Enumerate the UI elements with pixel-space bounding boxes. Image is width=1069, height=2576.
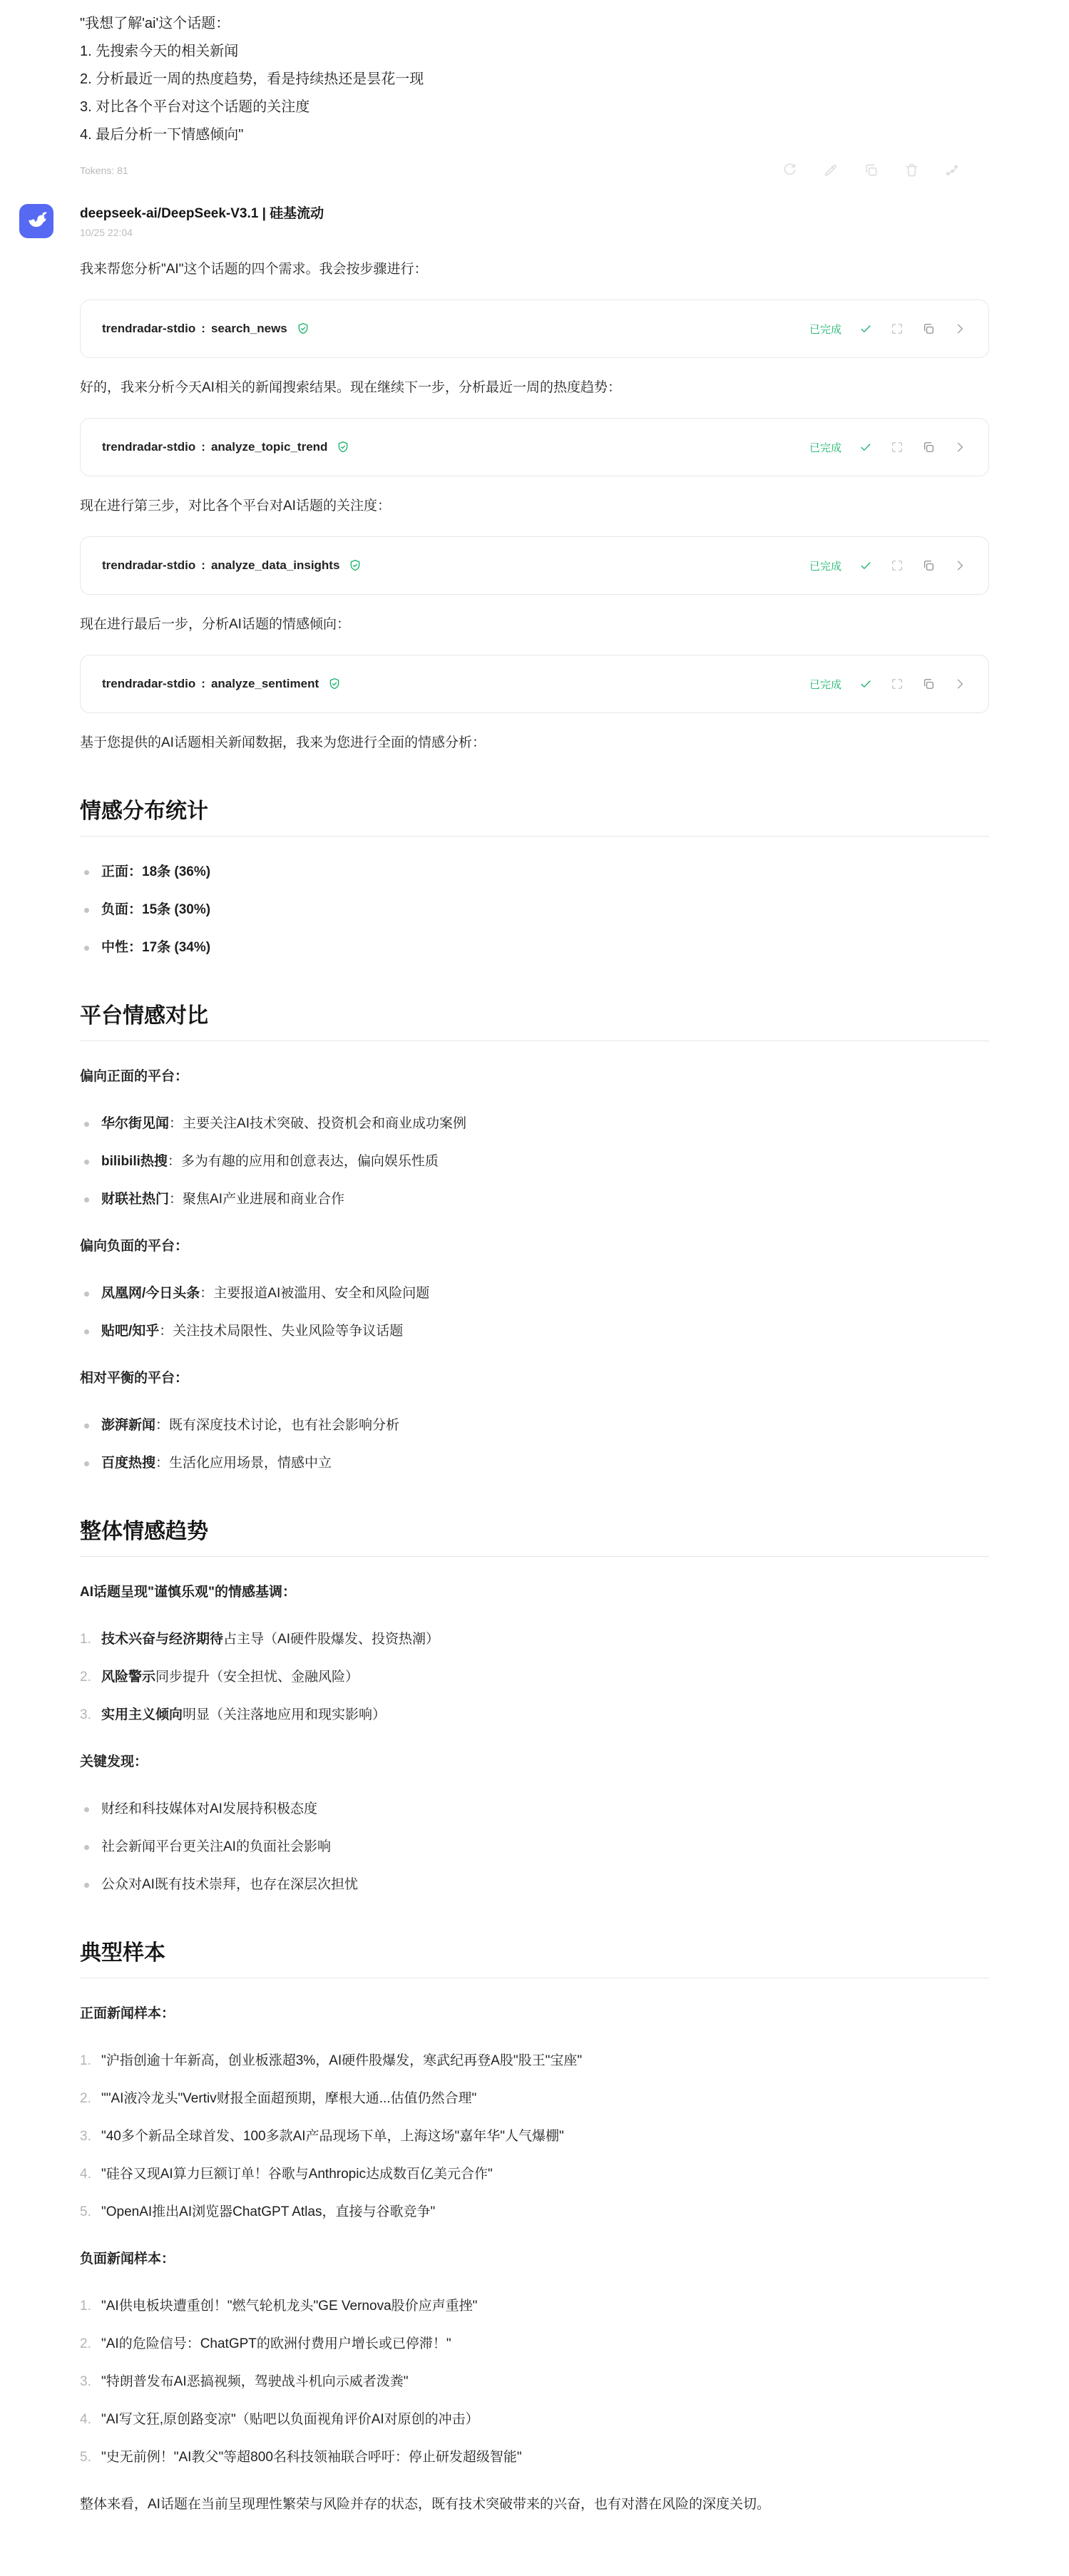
list-item: 负面：15条 (30%) [101, 899, 989, 921]
positive-samples-list: "沪指创逾十年新高，创业板涨超3%，AI硬件股爆发，寒武纪再登A股"股王"宝座"… [80, 2050, 989, 2224]
assistant-message-header: deepseek-ai/DeepSeek-V3.1 | 硅基流动 10/25 2… [80, 203, 989, 240]
copy-result-button[interactable] [921, 440, 936, 454]
list-item: "沪指创逾十年新高，创业板涨超3%，AI硬件股爆发，寒武纪再登A股"股王"宝座" [101, 2050, 989, 2072]
list-item: 财联社热门：聚焦AI产业进展和商业合作 [101, 1188, 989, 1211]
list-item: 技术兴奋与经济期待占主导（AI硬件股爆发、投资热潮） [101, 1628, 989, 1651]
platform-desc: ：主要关注AI技术突破、投资机会和商业成功案例 [169, 1116, 466, 1131]
negative-samples-list: "AI供电板块遭重创！"燃气轮机龙头"GE Vernova股价应声重挫" "AI… [80, 2295, 989, 2469]
list-item: "OpenAI推出AI浏览器ChatGPT Atlas，直接与谷歌竞争" [101, 2201, 989, 2224]
tool-call-title: trendradar-stdio : analyze_topic_trend [102, 440, 350, 454]
platform-name: 贴吧/知乎 [101, 1324, 159, 1339]
tool-call-card-analyze-sentiment[interactable]: trendradar-stdio : analyze_sentiment 已完成 [80, 655, 989, 713]
sentiment-stats-list: 正面：18条 (36%) 负面：15条 (30%) 中性：17条 (34%) [80, 861, 989, 959]
list-item: 澎湃新闻：既有深度技术讨论，也有社会影响分析 [101, 1414, 989, 1437]
shield-check-icon [327, 677, 342, 691]
section-heading-platform-compare: 平台情感对比 [80, 998, 989, 1041]
branch-icon [944, 162, 961, 178]
mcp-server-name: trendradar-stdio [102, 440, 195, 454]
group-label-positive-platforms: 偏向正面的平台： [80, 1065, 989, 1088]
list-item: 中性：17条 (34%) [101, 936, 989, 959]
trend-points-list: 技术兴奋与经济期待占主导（AI硬件股爆发、投资热潮） 风险警示同步提升（安全担忧… [80, 1628, 989, 1727]
tool-name-separator: : [201, 440, 205, 454]
tool-name: analyze_sentiment [211, 677, 319, 691]
tool-call-actions: 已完成 [809, 322, 967, 337]
platform-desc: ：关注技术局限性、失业风险等争议话题 [159, 1324, 403, 1339]
expand-icon [890, 322, 904, 336]
platform-name: 澎湃新闻 [101, 1418, 155, 1433]
edit-icon [822, 162, 839, 178]
list-item: 百度热搜：生活化应用场景，情感中立 [101, 1452, 989, 1475]
tool-name: search_news [211, 322, 287, 336]
tool-call-title: trendradar-stdio : analyze_sentiment [102, 677, 342, 691]
tool-name: analyze_data_insights [211, 558, 339, 573]
user-message-line: 1. 先搜索今天的相关新闻 [80, 38, 989, 66]
trend-point-rest: 明显（关注落地应用和现实影响） [183, 1707, 386, 1722]
negative-platforms-list: 凤凰网/今日头条：主要报道AI被滥用、安全和风险问题 贴吧/知乎：关注技术局限性… [80, 1282, 989, 1343]
positive-samples-label: 正面新闻样本： [80, 2003, 989, 2025]
check-icon [859, 440, 873, 454]
group-label-negative-platforms: 偏向负面的平台： [80, 1235, 989, 1258]
model-name: deepseek-ai/DeepSeek-V3.1 | 硅基流动 [80, 203, 989, 222]
trend-point-bold: 技术兴奋与经济期待 [101, 1632, 223, 1647]
list-item: 正面：18条 (36%) [101, 861, 989, 884]
chevron-right-icon [953, 322, 967, 336]
platform-name: 百度热搜 [101, 1456, 155, 1471]
list-item: 财经和科技媒体对AI发展持积极态度 [101, 1798, 989, 1821]
refresh-icon [782, 162, 798, 178]
tool-name-separator: : [201, 322, 205, 336]
closing-paragraph: 整体来看，AI话题在当前呈现理性繁荣与风险并存的状态，既有技术突破带来的兴奋，也… [80, 2493, 989, 2516]
positive-platforms-list: 华尔街见闻：主要关注AI技术突破、投资机会和商业成功案例 bilibili热搜：… [80, 1113, 989, 1211]
tool-name: analyze_topic_trend [211, 440, 327, 454]
trend-point-bold: 实用主义倾向 [101, 1707, 183, 1722]
expand-button[interactable] [890, 558, 904, 573]
tool-name-separator: : [201, 677, 205, 691]
list-item: "特朗普发布AI恶搞视频，驾驶战斗机向示威者泼粪" [101, 2371, 989, 2393]
list-item: 风险警示同步提升（安全担忧、金融风险） [101, 1666, 989, 1689]
platform-desc: ：生活化应用场景，情感中立 [155, 1456, 332, 1471]
expand-icon [890, 558, 904, 573]
copy-icon [921, 558, 936, 573]
group-label-balanced-platforms: 相对平衡的平台： [80, 1367, 989, 1390]
assistant-paragraph: 基于您提供的AI话题相关新闻数据，我来为您进行全面的情感分析： [80, 732, 989, 755]
branch-button[interactable] [944, 162, 961, 178]
copy-icon [863, 162, 879, 178]
list-item: "40多个新品全球首发、100多款AI产品现场下单，上海这场"嘉年华"人气爆棚" [101, 2125, 989, 2148]
chevron-right-icon [953, 440, 967, 454]
user-message-line: "我想了解'ai'这个话题： [80, 10, 989, 38]
list-item: "硅谷又现AI算力巨额订单！谷歌与Anthropic达成数百亿美元合作" [101, 2163, 989, 2186]
list-item: 贴吧/知乎：关注技术局限性、失业风险等争议话题 [101, 1320, 989, 1343]
open-details-button[interactable] [953, 677, 967, 691]
deepseek-whale-icon [24, 209, 48, 233]
copy-icon [921, 440, 936, 454]
tool-call-actions: 已完成 [809, 558, 967, 573]
list-item: 凤凰网/今日头条：主要报道AI被滥用、安全和风险问题 [101, 1282, 989, 1305]
expand-icon [890, 677, 904, 691]
user-message-line: 2. 分析最近一周的热度趋势，看是持续热还是昙花一现 [80, 66, 989, 93]
platform-name: 财联社热门 [101, 1192, 169, 1207]
expand-button[interactable] [890, 677, 904, 691]
tokens-count: Tokens: 81 [80, 165, 128, 176]
delete-button[interactable] [904, 162, 920, 178]
copy-result-button[interactable] [921, 322, 936, 336]
platform-desc: ：聚焦AI产业进展和商业合作 [169, 1192, 344, 1207]
check-icon [859, 322, 873, 336]
copy-icon [921, 322, 936, 336]
findings-list: 财经和科技媒体对AI发展持积极态度 社会新闻平台更关注AI的负面社会影响 公众对… [80, 1798, 989, 1896]
assistant-paragraph: 好的，我来分析今天AI相关的新闻搜索结果。现在继续下一步，分析最近一周的热度趋势… [80, 377, 989, 399]
assistant-paragraph: 现在进行最后一步，分析AI话题的情感倾向： [80, 613, 989, 636]
assistant-avatar [19, 204, 53, 238]
trash-icon [904, 162, 920, 178]
message-meta-row: Tokens: 81 [80, 162, 989, 178]
assistant-paragraph: 现在进行第三步，对比各个平台对AI话题的关注度： [80, 495, 989, 518]
stat-negative: 负面：15条 (30%) [101, 902, 210, 917]
balanced-platforms-list: 澎湃新闻：既有深度技术讨论，也有社会影响分析 百度热搜：生活化应用场景，情感中立 [80, 1414, 989, 1475]
platform-desc: ：主要报道AI被滥用、安全和风险问题 [200, 1286, 429, 1301]
open-details-button[interactable] [953, 558, 967, 573]
list-item: "AI写文狂,原创路变凉"（贴吧以负面视角评价AI对原创的冲击） [101, 2408, 989, 2431]
shield-check-icon [296, 322, 310, 336]
message-actions-toolbar [782, 162, 961, 178]
user-message-line: 3. 对比各个平台对这个话题的关注度 [80, 93, 989, 121]
copy-button[interactable] [863, 162, 879, 178]
mcp-server-name: trendradar-stdio [102, 322, 195, 336]
list-item: 社会新闻平台更关注AI的负面社会影响 [101, 1836, 989, 1859]
copy-result-button[interactable] [921, 677, 936, 691]
tool-call-card-analyze-topic-trend[interactable]: trendradar-stdio : analyze_topic_trend 已… [80, 418, 989, 476]
tool-call-actions: 已完成 [809, 440, 967, 455]
section-heading-typical-samples: 典型样本 [80, 1935, 989, 1978]
platform-desc: ：多为有趣的应用和创意表达，偏向娱乐性质 [168, 1154, 439, 1169]
open-details-button[interactable] [953, 440, 967, 454]
tool-name-separator: : [201, 558, 205, 573]
stat-positive: 正面：18条 (36%) [101, 864, 210, 879]
shield-check-icon [348, 558, 362, 573]
trend-point-rest: 同步提升（安全担忧、金融风险） [155, 1670, 359, 1685]
list-item: 华尔街见闻：主要关注AI技术突破、投资机会和商业成功案例 [101, 1113, 989, 1135]
shield-check-icon [336, 440, 350, 454]
trend-point-bold: 风险警示 [101, 1670, 155, 1685]
platform-name: 凤凰网/今日头条 [101, 1286, 200, 1301]
copy-icon [921, 677, 936, 691]
list-item: bilibili热搜：多为有趣的应用和创意表达，偏向娱乐性质 [101, 1150, 989, 1173]
message-timestamp: 10/25 22:04 [80, 227, 989, 238]
assistant-message-body: 我来帮您分析"AI"这个话题的四个需求。我会按步骤进行： trendradar-… [80, 258, 989, 2516]
platform-desc: ：既有深度技术讨论，也有社会影响分析 [155, 1418, 399, 1433]
trend-point-rest: 占主导（AI硬件股爆发、投资热潮） [223, 1632, 439, 1647]
check-icon [859, 558, 873, 573]
platform-name: bilibili热搜 [101, 1154, 168, 1169]
expand-button[interactable] [890, 322, 904, 336]
section-heading-sentiment-stats: 情感分布统计 [80, 793, 989, 837]
user-message-line: 4. 最后分析一下情感倾向" [80, 121, 989, 149]
list-item: ""AI液冷龙头"Vertiv财报全面超预期，摩根大通...估值仍然合理" [101, 2087, 989, 2110]
user-message: "我想了解'ai'这个话题： 1. 先搜索今天的相关新闻 2. 分析最近一周的热… [80, 10, 989, 149]
mcp-server-name: trendradar-stdio [102, 558, 195, 573]
status-badge: 已完成 [809, 677, 842, 692]
findings-label: 关键发现： [80, 1751, 989, 1774]
section-heading-overall-trend: 整体情感趋势 [80, 1513, 989, 1557]
chevron-right-icon [953, 677, 967, 691]
stat-neutral: 中性：17条 (34%) [101, 940, 210, 955]
list-item: 公众对AI既有技术崇拜，也存在深层次担忧 [101, 1874, 989, 1896]
list-item: 实用主义倾向明显（关注落地应用和现实影响） [101, 1704, 989, 1727]
tool-call-card-search-news[interactable]: trendradar-stdio : search_news 已完成 [80, 300, 989, 358]
tool-call-actions: 已完成 [809, 677, 967, 692]
edit-button[interactable] [822, 162, 839, 178]
chevron-right-icon [953, 558, 967, 573]
list-item: "AI供电板块遭重创！"燃气轮机龙头"GE Vernova股价应声重挫" [101, 2295, 989, 2318]
status-badge: 已完成 [809, 440, 842, 455]
expand-icon [890, 440, 904, 454]
status-badge: 已完成 [809, 558, 842, 573]
mcp-server-name: trendradar-stdio [102, 677, 195, 691]
open-details-button[interactable] [953, 322, 967, 336]
tool-call-card-analyze-data-insights[interactable]: trendradar-stdio : analyze_data_insights… [80, 536, 989, 595]
expand-button[interactable] [890, 440, 904, 454]
negative-samples-label: 负面新闻样本： [80, 2248, 989, 2271]
tool-call-title: trendradar-stdio : search_news [102, 322, 310, 336]
list-item: "史无前例！"AI教父"等超800名科技领袖联合呼吁：停止研发超级智能" [101, 2446, 989, 2469]
trend-lead: AI话题呈现"谨慎乐观"的情感基调： [80, 1581, 989, 1604]
check-icon [859, 677, 873, 691]
copy-result-button[interactable] [921, 558, 936, 573]
platform-name: 华尔街见闻 [101, 1116, 169, 1131]
tool-call-title: trendradar-stdio : analyze_data_insights [102, 558, 362, 573]
regenerate-button[interactable] [782, 162, 798, 178]
assistant-paragraph: 我来帮您分析"AI"这个话题的四个需求。我会按步骤进行： [80, 258, 989, 281]
list-item: "AI的危险信号：ChatGPT的欧洲付费用户增长或已停滞！" [101, 2333, 989, 2356]
status-badge: 已完成 [809, 322, 842, 337]
